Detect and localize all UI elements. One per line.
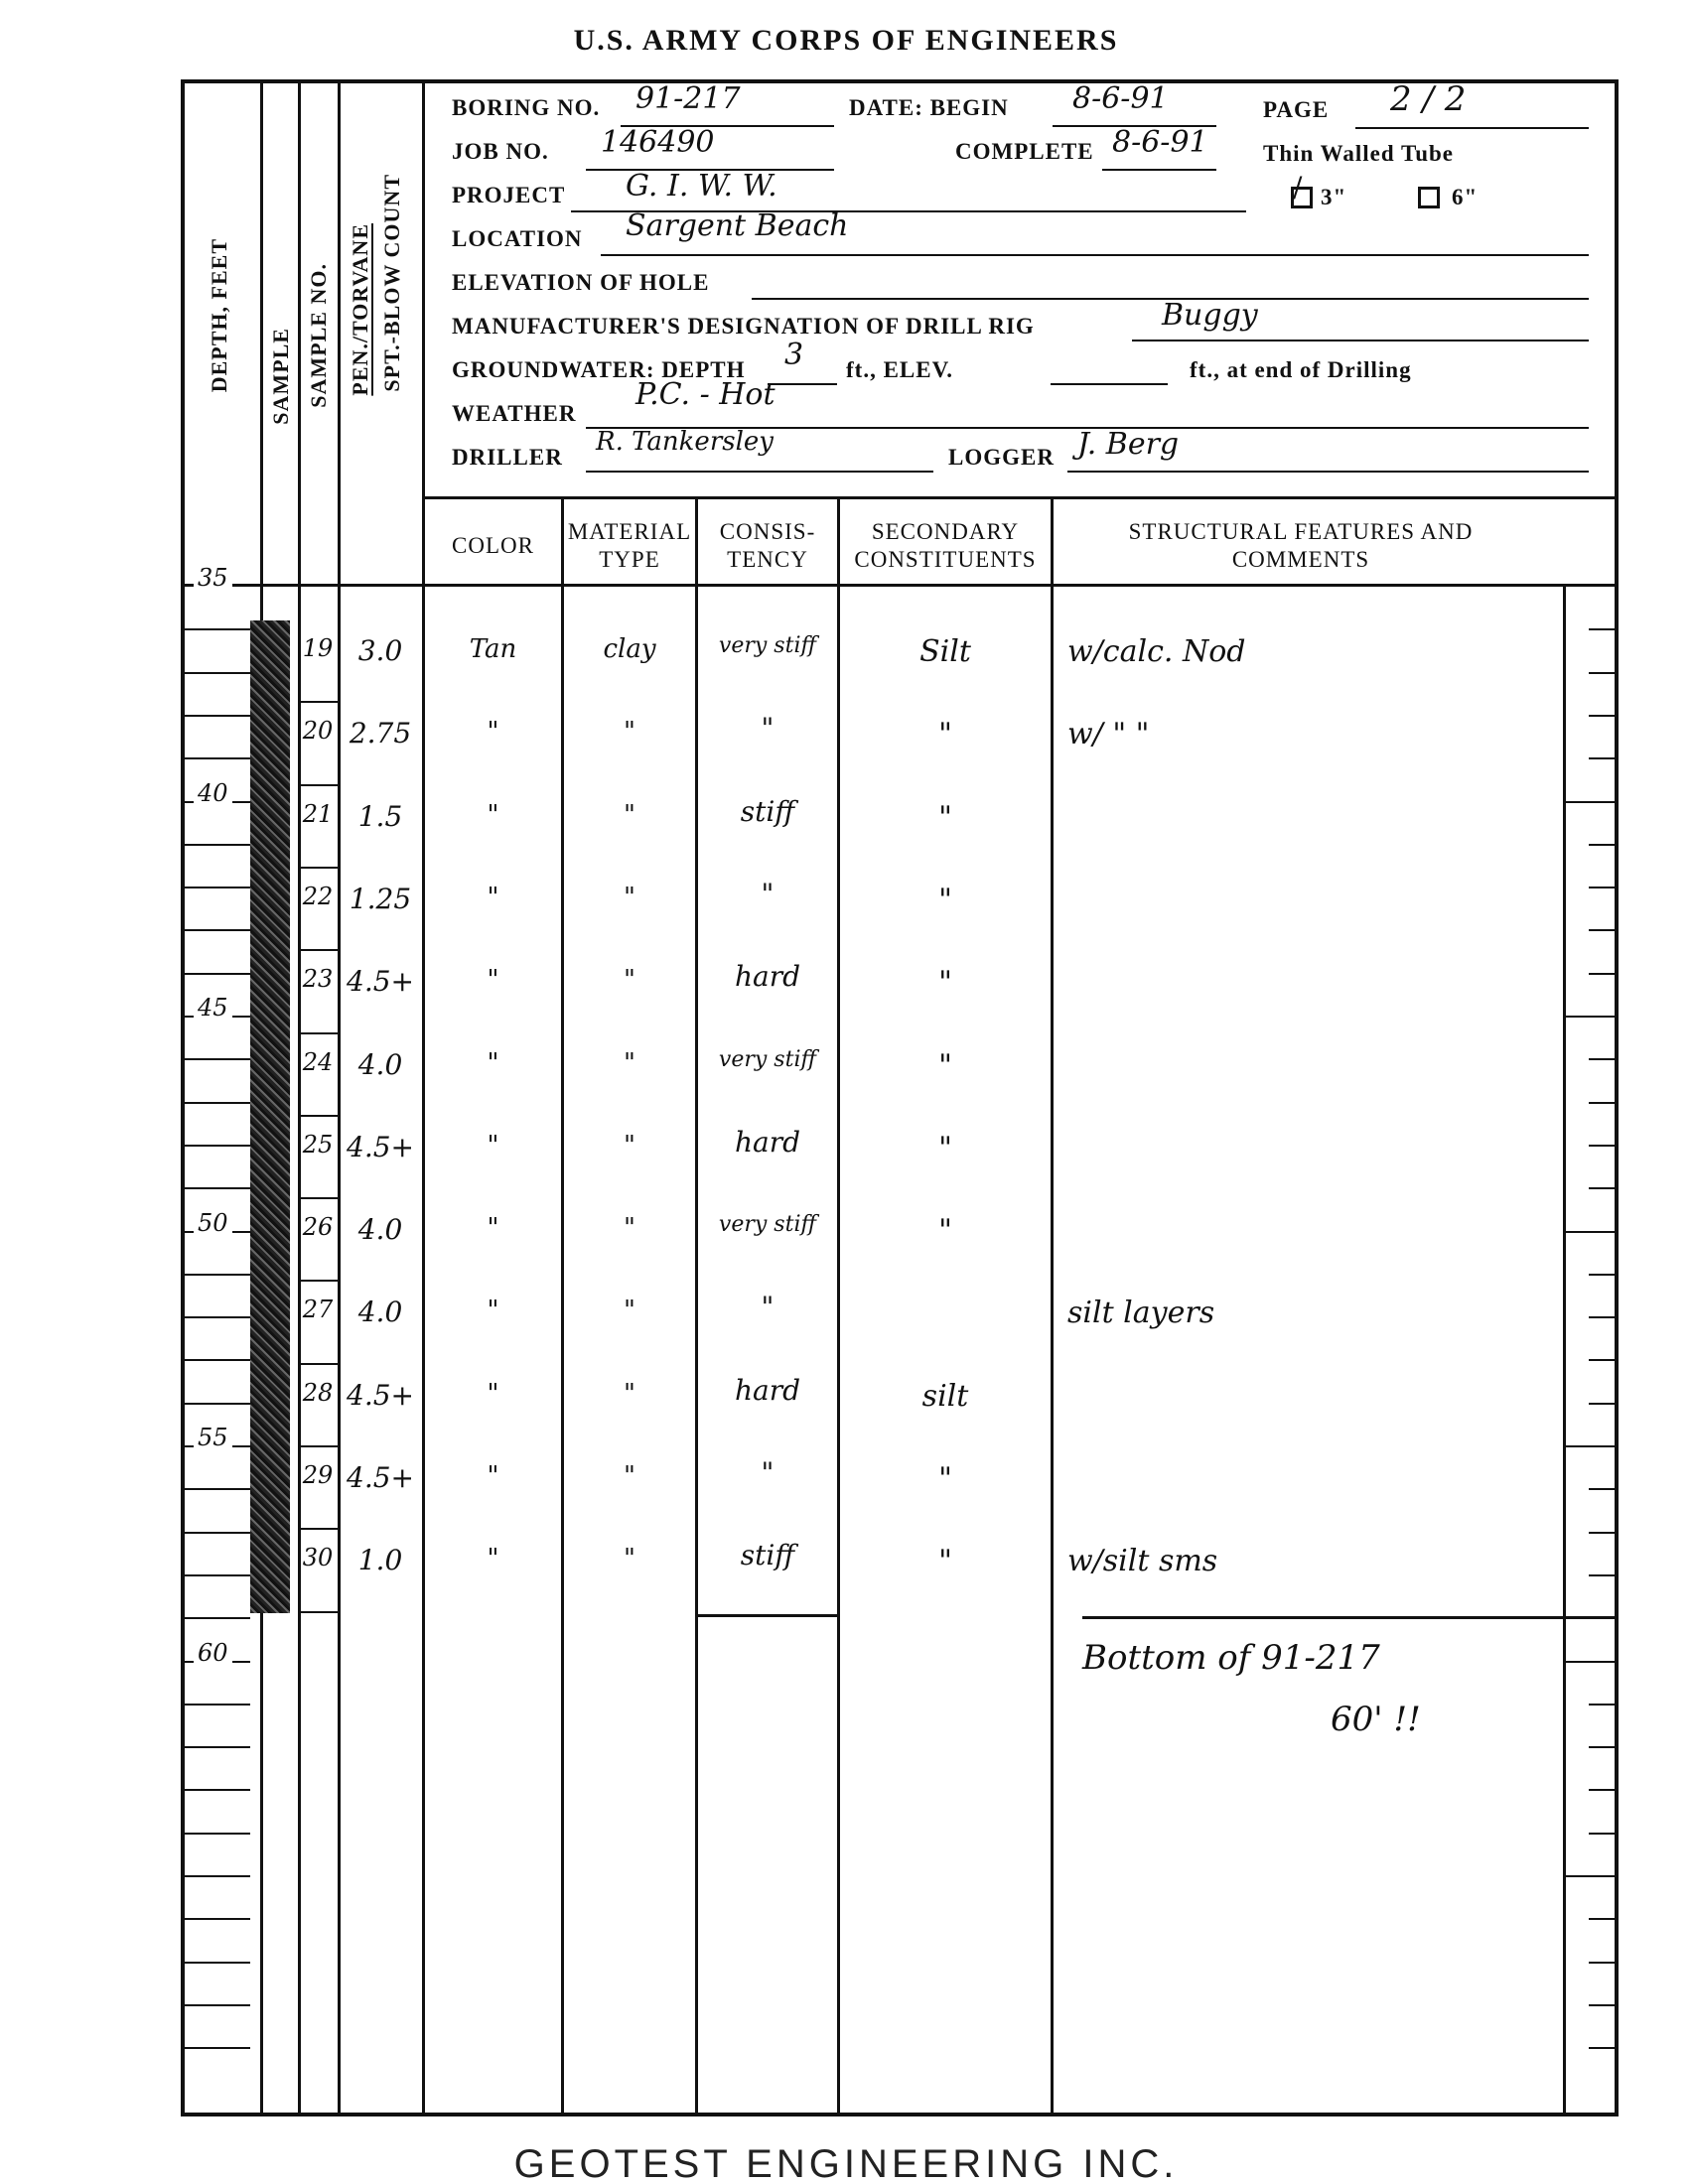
page-value[interactable]: 2 / 2 (1390, 79, 1466, 119)
comment-value: w/silt sms (1067, 1544, 1217, 1578)
scale-tick (1589, 1187, 1619, 1189)
job-no-value[interactable]: 146490 (601, 125, 715, 160)
secondary-value: " (840, 717, 1051, 751)
scale-tick (1589, 2004, 1619, 2006)
divider-sample-no (338, 79, 341, 2116)
consistency-value: " (698, 1296, 837, 1319)
depth-tick (181, 1833, 250, 1835)
depth-tick (181, 1875, 250, 1877)
tube-label: Thin Walled Tube (1263, 141, 1454, 167)
comment-value: silt layers (1067, 1296, 1214, 1330)
depth-header: DEPTH, FEET (207, 238, 232, 392)
depth-tick (181, 1574, 250, 1576)
depth-tick (181, 672, 250, 674)
scale-tick (1565, 1445, 1619, 1447)
depth-tick (181, 1617, 250, 1619)
date-begin-label: DATE: BEGIN (849, 95, 1009, 121)
depth-tick (181, 2004, 250, 2006)
secondary-value: Silt (840, 634, 1051, 669)
divider-secondary (1051, 496, 1054, 2116)
sample-separator (298, 1197, 338, 1199)
scale-tick (1589, 1316, 1619, 1318)
secondary-value: silt (840, 1379, 1051, 1414)
sample-number: 23 (298, 965, 338, 993)
color-value: " (425, 717, 561, 747)
sample-separator (298, 1280, 338, 1282)
sample-number: 24 (298, 1048, 338, 1076)
color-column-header: COLOR (425, 508, 561, 584)
depth-tick (181, 887, 250, 888)
end-line-consistency (695, 1614, 839, 1617)
sample-number: 27 (298, 1296, 338, 1323)
pen-torvane-value: 4.5+ (340, 965, 421, 998)
depth-tick (181, 1102, 250, 1104)
consistency-value: hard (698, 1379, 837, 1403)
material-value: clay (564, 634, 695, 664)
complete-underline (1102, 169, 1216, 171)
sample-separator (298, 1032, 338, 1034)
scale-tick (1589, 628, 1619, 630)
consistency-value: very stiff (698, 634, 837, 658)
consistency-value: " (698, 883, 837, 906)
scale-tick (1589, 844, 1619, 846)
scale-tick (1589, 1962, 1619, 1964)
scale-tick (1589, 715, 1619, 717)
material-value: " (564, 1461, 695, 1491)
pen-torvane-value: 1.0 (340, 1544, 421, 1576)
depth-tick (181, 973, 250, 975)
material-value: " (564, 883, 695, 912)
depth-mark: 35 (194, 564, 232, 592)
sample-number: 25 (298, 1131, 338, 1159)
depth-tick (181, 844, 250, 846)
scale-tick (1589, 1918, 1619, 1920)
boring-no-value[interactable]: 91-217 (635, 81, 741, 116)
scale-tick (1589, 1058, 1619, 1060)
pen-torvane-value: 2.75 (340, 717, 421, 750)
boring-no-label: BORING NO. (452, 95, 600, 121)
sample-header: SAMPLE (268, 328, 294, 425)
company-footer: GEOTEST ENGINEERING INC. (0, 2142, 1692, 2184)
color-value: " (425, 965, 561, 995)
scale-tick (1589, 973, 1619, 975)
drill-rig-underline (1132, 340, 1589, 341)
scale-tick (1589, 1617, 1619, 1619)
scale-tick (1565, 1661, 1619, 1663)
secondary-value: " (840, 1048, 1051, 1083)
depth-tick (181, 1403, 250, 1405)
scale-tick (1589, 1574, 1619, 1576)
consistency-value: stiff (698, 1544, 837, 1568)
tube-3in-label: 3" (1321, 185, 1346, 210)
pen-torvane-value: 4.5+ (340, 1131, 421, 1163)
sample-number: 22 (298, 883, 338, 910)
driller-label: DRILLER (452, 445, 563, 471)
material-value: " (564, 1379, 695, 1409)
sample-number: 29 (298, 1461, 338, 1489)
drill-rig-label: MANUFACTURER'S DESIGNATION OF DRILL RIG (452, 314, 1035, 340)
job-no-label: JOB NO. (452, 139, 549, 165)
depth-tick (181, 628, 250, 630)
scale-tick (1565, 801, 1619, 803)
sample-no-header: SAMPLE NO. (306, 263, 332, 408)
sample-number: 26 (298, 1213, 338, 1241)
scale-tick (1589, 1403, 1619, 1405)
page-underline (1355, 127, 1589, 129)
depth-tick (181, 757, 250, 759)
logger-underline (1067, 471, 1589, 473)
color-value: " (425, 1213, 561, 1243)
comments-column-header: STRUCTURAL FEATURES AND COMMENTS (1092, 508, 1509, 584)
color-value: " (425, 1544, 561, 1573)
color-value: " (425, 883, 561, 912)
depth-tick (181, 1918, 250, 1920)
pen-torvane-value: 4.5+ (340, 1461, 421, 1494)
secondary-value: " (840, 965, 1051, 1000)
drill-rig-value[interactable]: Buggy (1162, 298, 1258, 333)
scale-tick (1589, 1145, 1619, 1147)
depth-tick (181, 1704, 250, 1706)
consistency-value: " (698, 717, 837, 741)
depth-tick (181, 1058, 250, 1060)
depth-tick (181, 2047, 250, 2049)
driller-value[interactable]: R. Tankersley (596, 427, 774, 457)
sample-separator (298, 701, 338, 703)
driller-underline (586, 471, 933, 473)
pen-torvane-value: 4.0 (340, 1048, 421, 1081)
sample-number: 30 (298, 1544, 338, 1571)
material-column-header: MATERIAL TYPE (564, 508, 695, 584)
pen-torvane-value: 1.5 (340, 800, 421, 833)
material-value: " (564, 717, 695, 747)
sample-number: 20 (298, 717, 338, 745)
secondary-value: " (840, 1461, 1051, 1496)
scale-tick (1589, 1532, 1619, 1534)
groundwater-elev-underline (1051, 383, 1168, 385)
scale-tick (1589, 929, 1619, 931)
secondary-value: " (840, 1213, 1051, 1248)
scale-tick (1589, 757, 1619, 759)
secondary-value: " (840, 883, 1051, 917)
scale-tick (1565, 1016, 1619, 1018)
color-value: " (425, 800, 561, 830)
consistency-value: very stiff (698, 1213, 837, 1237)
consistency-column-header: CONSIS- TENCY (698, 508, 837, 584)
logger-value[interactable]: J. Berg (1077, 427, 1179, 462)
depth-tick (181, 1962, 250, 1964)
scale-tick (1589, 1274, 1619, 1276)
divider-sample (298, 79, 301, 2116)
pen-torvane-value: 4.0 (340, 1213, 421, 1246)
header-divider (422, 496, 1619, 499)
sample-separator (298, 1528, 338, 1530)
column-header-divider (181, 584, 1619, 587)
secondary-value: " (840, 800, 1051, 835)
sample-separator (298, 1363, 338, 1365)
depth-mark: 50 (194, 1209, 232, 1237)
divider-pen (422, 79, 425, 2116)
tube-6in-checkbox[interactable] (1418, 187, 1440, 208)
scale-tick (1589, 1704, 1619, 1706)
consistency-value: hard (698, 1131, 837, 1155)
material-value: " (564, 1213, 695, 1243)
consistency-value: " (698, 1461, 837, 1485)
end-line-comments (1082, 1616, 1619, 1619)
material-value: " (564, 1048, 695, 1078)
depth-tick (181, 1532, 250, 1534)
project-label: PROJECT (452, 183, 565, 208)
material-value: " (564, 1544, 695, 1573)
scale-tick (1589, 1488, 1619, 1490)
material-value: " (564, 1296, 695, 1325)
groundwater-depth-underline (768, 383, 837, 385)
secondary-value: " (840, 1544, 1051, 1578)
depth-mark: 40 (194, 779, 232, 807)
complete-value[interactable]: 8-6-91 (1112, 125, 1208, 160)
scale-tick (1589, 1359, 1619, 1361)
weather-value[interactable]: P.C. - Hot (635, 377, 775, 412)
ft-elev-label: ft., ELEV. (846, 357, 953, 383)
scale-tick (1589, 1746, 1619, 1748)
tube-6in-label: 6" (1452, 185, 1478, 210)
location-underline (601, 254, 1589, 256)
bottom-note-line1: Bottom of 91-217 (1082, 1638, 1380, 1678)
color-value: " (425, 1296, 561, 1325)
divider-scale-strip (1563, 586, 1566, 2116)
sample-number: 21 (298, 800, 338, 828)
scale-tick (1589, 1789, 1619, 1791)
project-value[interactable]: G. I. W. W. (626, 169, 777, 204)
bottom-note-line2: 60' !! (1331, 1700, 1421, 1739)
pen-torvane-header: PEN./TORVANE (348, 223, 373, 396)
material-value: " (564, 1131, 695, 1160)
depth-tick (181, 1488, 250, 1490)
depth-tick (181, 1145, 250, 1147)
page-label: PAGE (1263, 97, 1329, 123)
end-of-drilling-label: ft., at end of Drilling (1190, 357, 1412, 383)
sample-separator (298, 1445, 338, 1447)
logger-label: LOGGER (948, 445, 1055, 471)
comment-value: w/ " " (1067, 717, 1149, 751)
depth-tick (181, 1789, 250, 1791)
depth-tick (181, 1746, 250, 1748)
sample-separator (298, 1611, 338, 1613)
sample-separator (298, 949, 338, 951)
complete-label: COMPLETE (955, 139, 1094, 165)
depth-mark: 55 (194, 1424, 232, 1451)
sample-separator (298, 784, 338, 786)
depth-tick (181, 715, 250, 717)
sample-number: 19 (298, 634, 338, 662)
color-value: " (425, 1131, 561, 1160)
depth-tick (181, 1274, 250, 1276)
color-value: " (425, 1461, 561, 1491)
scale-tick (1565, 1875, 1619, 1877)
depth-tick (181, 929, 250, 931)
depth-tick (181, 1316, 250, 1318)
weather-label: WEATHER (452, 401, 576, 427)
scale-tick (1589, 2047, 1619, 2049)
pen-torvane-value: 1.25 (340, 883, 421, 915)
tube-check-mark: / (1293, 171, 1302, 204)
color-value: " (425, 1048, 561, 1078)
material-value: " (564, 965, 695, 995)
color-value: " (425, 1379, 561, 1409)
location-label: LOCATION (452, 226, 583, 252)
elevation-label: ELEVATION OF HOLE (452, 270, 709, 296)
sample-separator (298, 1115, 338, 1117)
material-value: " (564, 800, 695, 830)
spt-blow-count-header: SPT.-BLOW COUNT (379, 174, 405, 392)
scale-tick (1589, 1102, 1619, 1104)
secondary-column-header: SECONDARY CONSTITUENTS (840, 508, 1051, 584)
location-value[interactable]: Sargent Beach (626, 208, 848, 243)
comment-value: w/calc. Nod (1067, 634, 1245, 669)
depth-tick (181, 1359, 250, 1361)
groundwater-depth-value[interactable]: 3 (784, 338, 803, 372)
sample-number: 28 (298, 1379, 338, 1407)
consistency-value: hard (698, 965, 837, 989)
pen-torvane-value: 4.0 (340, 1296, 421, 1328)
color-value: Tan (425, 634, 561, 664)
pen-torvane-value: 3.0 (340, 634, 421, 667)
pen-torvane-value: 4.5+ (340, 1379, 421, 1412)
scale-tick (1589, 672, 1619, 674)
sample-separator (298, 867, 338, 869)
depth-tick (181, 1187, 250, 1189)
agency-title: U.S. ARMY CORPS OF ENGINEERS (0, 24, 1692, 58)
consistency-value: very stiff (698, 1048, 837, 1072)
scale-tick (1589, 887, 1619, 888)
scale-tick (1589, 1833, 1619, 1835)
scale-tick (1565, 1231, 1619, 1233)
depth-mark: 45 (194, 994, 232, 1022)
sample-core-graphic (250, 620, 290, 1613)
secondary-value: " (840, 1131, 1051, 1165)
consistency-value: stiff (698, 800, 837, 824)
depth-mark: 60 (194, 1639, 232, 1667)
date-begin-value[interactable]: 8-6-91 (1072, 81, 1169, 116)
